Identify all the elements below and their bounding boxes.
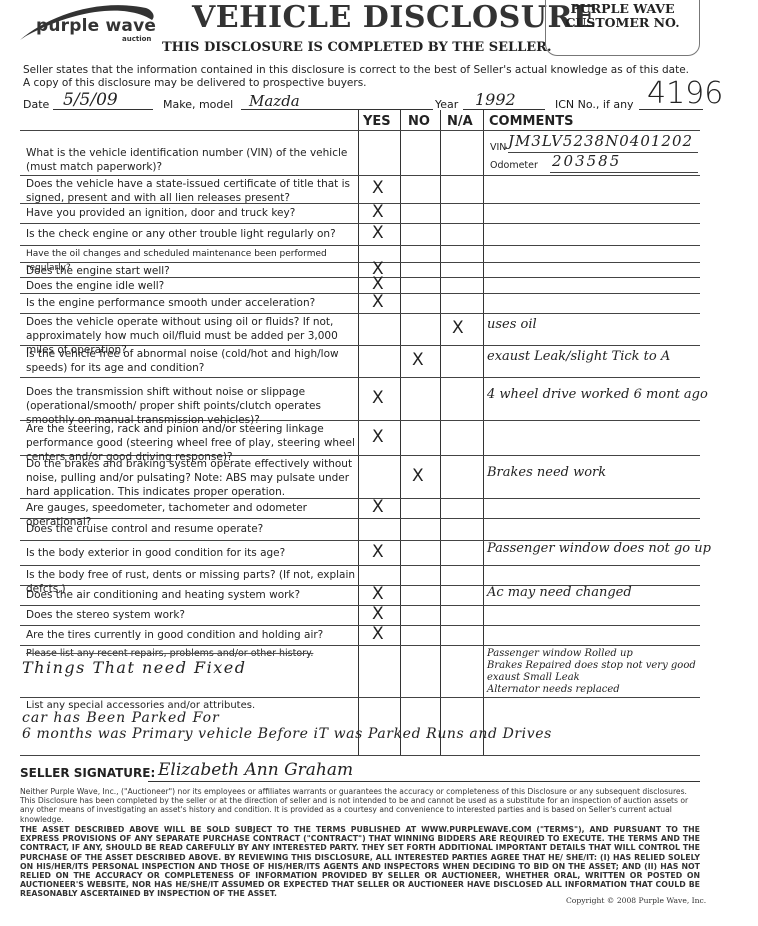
comment-row-18: Ac may need changed: [487, 585, 632, 600]
na-checkbox-row-4[interactable]: [441, 223, 483, 245]
logo-text: purple wave: [36, 16, 156, 36]
na-checkbox-row-8[interactable]: [441, 293, 483, 313]
no-checkbox-row-6[interactable]: [401, 262, 440, 277]
na-checkbox-row-12[interactable]: [441, 420, 483, 455]
comment-row-11: 4 wheel drive worked 6 mont ago: [487, 387, 708, 402]
no-checkbox-row-18[interactable]: [401, 585, 440, 605]
na-checkbox-row-3[interactable]: [441, 203, 483, 223]
question-row-8: Is the engine performance smooth under a…: [26, 296, 361, 310]
document-subtitle: THIS DISCLOSURE IS COMPLETED BY THE SELL…: [162, 40, 552, 55]
check-mark-x: X: [372, 223, 384, 243]
terms-text: THE ASSET DESCRIBED ABOVE WILL BE SOLD S…: [20, 825, 700, 899]
no-checkbox-row-2[interactable]: [401, 175, 440, 203]
odometer-label: Odometer: [490, 160, 538, 171]
na-checkbox-row-15[interactable]: [441, 518, 483, 540]
intro-statement: Seller states that the information conta…: [23, 64, 689, 90]
question-row-6: Does the engine start well?: [26, 264, 361, 278]
logo-subtext: auction: [122, 35, 151, 43]
na-checkbox-row-10[interactable]: [441, 345, 483, 377]
question-row-20: Are the tires currently in good conditio…: [26, 628, 361, 642]
history-value: Things That need Fixed: [22, 658, 247, 677]
column-header-comments: COMMENTS: [489, 114, 573, 129]
question-row-15: Does the cruise control and resume opera…: [26, 522, 361, 536]
no-checkbox-row-7[interactable]: [401, 277, 440, 293]
question-row-11: Does the transmission shift without nois…: [26, 385, 361, 427]
check-mark-x: X: [412, 350, 424, 370]
vin-label: VIN: [490, 142, 506, 153]
question-row-1: What is the vehicle identification numbe…: [26, 146, 361, 174]
odometer-value: 203585: [552, 152, 621, 170]
question-row-19: Does the stereo system work?: [26, 608, 361, 622]
check-mark-x: X: [372, 542, 384, 562]
no-checkbox-row-3[interactable]: [401, 203, 440, 223]
na-checkbox-row-7[interactable]: [441, 277, 483, 293]
odometer-field-line: [550, 172, 698, 173]
divider-comments: [483, 110, 484, 755]
check-mark-x: X: [372, 497, 384, 517]
yes-checkbox-row-1[interactable]: [359, 130, 400, 175]
no-checkbox-row-11[interactable]: [401, 377, 440, 420]
column-header-no: NO: [408, 114, 430, 129]
no-checkbox-row-9[interactable]: [401, 313, 440, 345]
signature-value: Elizabeth Ann Graham: [158, 760, 353, 780]
make-model-value: Mazda: [249, 92, 300, 110]
no-checkbox-row-20[interactable]: [401, 625, 440, 645]
check-mark-x: X: [452, 318, 464, 338]
disclaimer-text: Neither Purple Wave, Inc., ("Auctioneer"…: [20, 787, 700, 824]
no-checkbox-row-8[interactable]: [401, 293, 440, 313]
check-mark-x: X: [412, 466, 424, 486]
question-row-18: Does the air conditioning and heating sy…: [26, 588, 361, 602]
na-checkbox-row-13[interactable]: [441, 455, 483, 498]
no-checkbox-row-15[interactable]: [401, 518, 440, 540]
na-checkbox-row-6[interactable]: [441, 262, 483, 277]
column-header-yes: YES: [363, 114, 391, 129]
question-row-7: Does the engine idle well?: [26, 279, 361, 293]
no-checkbox-row-19[interactable]: [401, 605, 440, 625]
history-comment-4: Alternator needs replaced: [487, 684, 620, 696]
disclosure-table: YES NO N/A COMMENTS VIN JM3LV5238N040120…: [20, 110, 700, 755]
customer-number-box[interactable]: PURPLE WAVE CUSTOMER NO.: [545, 0, 700, 56]
accessories-line-1: car has Been Parked For: [22, 710, 220, 726]
check-mark-x: X: [372, 202, 384, 222]
check-mark-x: X: [372, 584, 384, 604]
history-comment-3: exaust Small Leak: [487, 672, 580, 684]
comment-row-9: uses oil: [487, 317, 537, 332]
purple-wave-logo: purple wave auction: [14, 2, 164, 48]
check-mark-x: X: [372, 604, 384, 624]
customer-number-label: PURPLE WAVE CUSTOMER NO.: [546, 2, 699, 30]
na-checkbox-row-1[interactable]: [441, 130, 483, 175]
no-checkbox-row-5[interactable]: [401, 245, 440, 262]
column-header-na: N/A: [447, 114, 473, 129]
row-divider: [20, 755, 700, 756]
comment-row-16: Passenger window does not go up: [487, 541, 711, 556]
no-checkbox-row-1[interactable]: [401, 130, 440, 175]
intro-line-1: Seller states that the information conta…: [23, 64, 689, 77]
history-comment-1: Passenger window Rolled up: [487, 648, 633, 660]
no-checkbox-row-16[interactable]: [401, 540, 440, 565]
question-row-2: Does the vehicle have a state-issued cer…: [26, 177, 361, 205]
na-checkbox-row-2[interactable]: [441, 175, 483, 203]
check-mark-x: X: [372, 292, 384, 312]
check-mark-x: X: [372, 274, 384, 294]
comment-row-13: Brakes need work: [487, 465, 606, 480]
check-mark-x: X: [372, 178, 384, 198]
question-row-3: Have you provided an ignition, door and …: [26, 206, 361, 220]
na-checkbox-row-18[interactable]: [441, 585, 483, 605]
no-checkbox-row-17[interactable]: [401, 565, 440, 585]
copyright-text: Copyright © 2008 Purple Wave, Inc.: [566, 896, 706, 905]
check-mark-x: X: [372, 624, 384, 644]
na-checkbox-row-5[interactable]: [441, 245, 483, 262]
question-row-4: Is the check engine or any other trouble…: [26, 227, 361, 241]
yes-checkbox-row-13[interactable]: [359, 455, 400, 498]
icn-value: 4196: [647, 76, 723, 111]
document-title: VEHICLE DISCLOSURE: [192, 0, 596, 35]
history-comment-2: Brakes Repaired does stop not very good: [487, 660, 696, 672]
no-checkbox-row-12[interactable]: [401, 420, 440, 455]
vehicle-info-line: Date 5/5/09 Make, model Mazda Year 1992 …: [23, 90, 703, 112]
signature-row: SELLER SIGNATURE: Elizabeth Ann Graham: [20, 762, 700, 784]
signature-label: SELLER SIGNATURE:: [20, 766, 155, 780]
comment-row-10: exaust Leak/slight Tick to A: [487, 349, 670, 364]
yes-checkbox-row-15[interactable]: [359, 518, 400, 540]
question-row-16: Is the body exterior in good condition f…: [26, 546, 361, 560]
na-checkbox-row-17[interactable]: [441, 565, 483, 585]
year-value: 1992: [475, 90, 516, 109]
na-checkbox-row-19[interactable]: [441, 605, 483, 625]
row-divider: [20, 697, 700, 698]
yes-checkbox-row-9[interactable]: [359, 313, 400, 345]
intro-line-2: A copy of this disclosure may be deliver…: [23, 77, 689, 90]
date-value: 5/5/09: [63, 90, 118, 110]
na-checkbox-row-16[interactable]: [441, 540, 483, 565]
na-checkbox-row-20[interactable]: [441, 625, 483, 645]
question-row-13: Do the brakes and braking system operate…: [26, 457, 361, 499]
na-checkbox-row-14[interactable]: [441, 498, 483, 518]
question-row-10: Is the vehicle free of abnormal noise (c…: [26, 347, 361, 375]
vin-value: JM3LV5238N0401202: [508, 132, 693, 150]
yes-checkbox-row-10[interactable]: [359, 345, 400, 377]
na-checkbox-row-11[interactable]: [441, 377, 483, 420]
signature-field[interactable]: [148, 781, 700, 782]
accessories-line-2: 6 months was Primary vehicle Before iT w…: [22, 726, 552, 742]
row-divider: [20, 645, 700, 646]
no-checkbox-row-4[interactable]: [401, 223, 440, 245]
yes-checkbox-row-17[interactable]: [359, 565, 400, 585]
no-checkbox-row-14[interactable]: [401, 498, 440, 518]
check-mark-x: X: [372, 388, 384, 408]
check-mark-x: X: [372, 427, 384, 447]
